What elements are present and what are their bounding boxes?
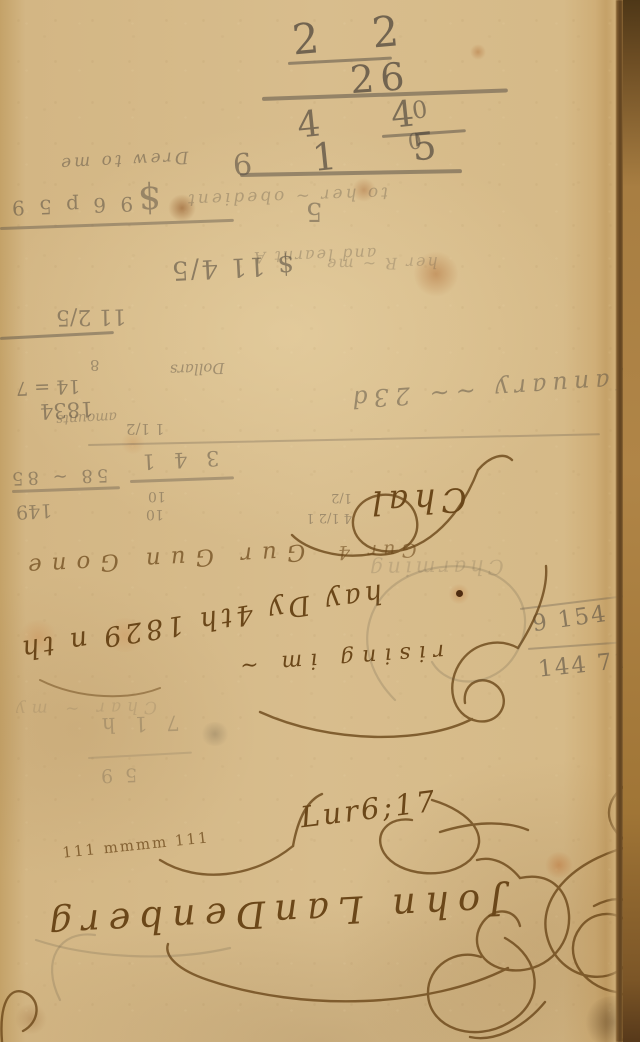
stain	[448, 584, 470, 604]
pencil-note-eleven: 11 2/5	[56, 303, 127, 329]
pencil-note-drew-to-me: Drew to me	[58, 147, 189, 174]
pencil-underline	[0, 219, 234, 230]
pencil-note-faint-cursive: to her ~ obedient	[185, 182, 389, 209]
pencil-underline	[88, 752, 192, 759]
ink-flourishes	[1, 456, 640, 1042]
stain	[14, 1004, 48, 1034]
pencil-note-ten-a: 10	[148, 488, 166, 504]
pencil-note-one-half: 1 1/2	[126, 420, 164, 438]
pencil-stacked-fractions: 4 1/2 1 1/2	[290, 488, 352, 527]
pencil-ghost-row: Char ~ my	[10, 697, 157, 720]
ink-light-flourishes	[40, 680, 160, 696]
binding-edge-strip	[623, 0, 640, 1042]
pencil-dollar-mark: $	[137, 178, 161, 220]
pencil-note-ten-b: 10	[146, 506, 164, 522]
ink-pen-trial-gur-line: Gur Gun Gone	[18, 538, 306, 579]
ink-signature-john-landenberg: John LanDenberg	[39, 880, 505, 947]
ink-chal-inscription: Chal	[365, 480, 467, 522]
pencil-ghost-number-b: 5 9	[98, 763, 138, 786]
arithmetic-left-digit: 6	[232, 147, 254, 184]
pencil-fraction-column: 3 4 1	[135, 446, 220, 474]
pencil-note-equation: 14 = 7	[16, 375, 81, 399]
ink-lur-inscription: Lur6;17	[298, 784, 439, 835]
stain	[456, 590, 463, 597]
pencil-note-dollars: Dollars	[170, 359, 225, 379]
ink-pen-trial-strokes: 111 mmmm 111	[61, 828, 210, 861]
stain	[200, 722, 230, 746]
stain	[470, 44, 486, 60]
manuscript-page: 2 2 26 4 4 0 1 5 0 6 Drew to me 9 6 p 5 …	[0, 0, 640, 1042]
pencil-left-column: 58 ~ 85	[8, 464, 109, 488]
pencil-left-column-149: 149	[15, 499, 52, 523]
pencil-rule-line	[88, 433, 600, 446]
pencil-underline	[0, 331, 114, 340]
pencil-underline	[130, 476, 234, 483]
pencil-dollars-superscript: 8	[90, 356, 100, 374]
pencil-note-january-date: January ~~ 23d	[345, 366, 626, 413]
pencil-note-digits: 9 6 p 5 9	[8, 192, 134, 220]
pencil-note-amounts: amounts	[56, 408, 118, 427]
ink-rising-line: rising im ~	[231, 639, 445, 679]
stain	[544, 852, 574, 878]
ink-pen-trial-gur-extra: Gur 4	[332, 539, 417, 564]
page-edge-shadow-line	[616, 0, 623, 1042]
